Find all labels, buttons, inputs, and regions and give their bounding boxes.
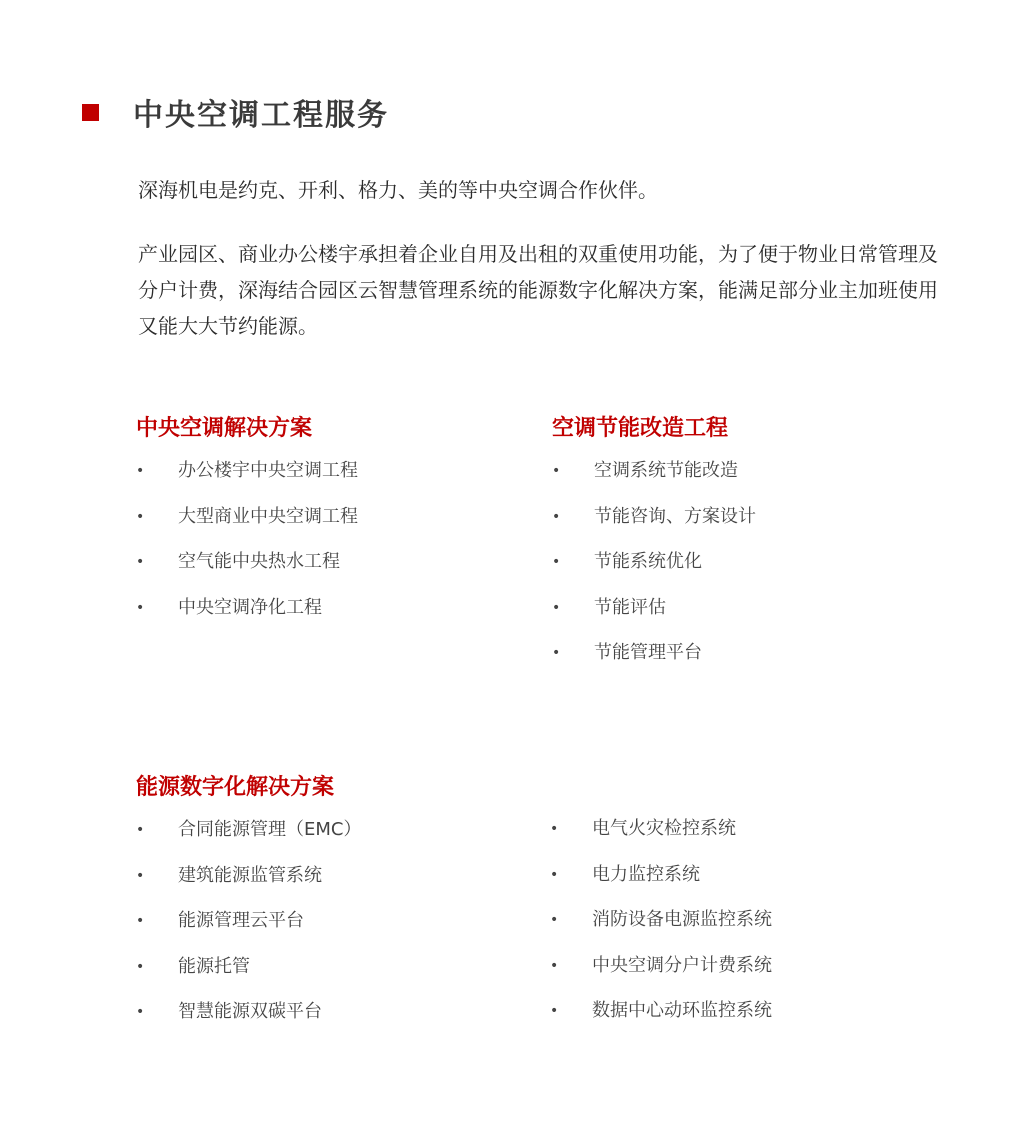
- red-square-marker-icon: [82, 104, 99, 121]
- section-energy-digital-col2: •电气火灾检控系统 •电力监控系统 •消防设备电源监控系统 •中央空调分户计费系…: [550, 815, 930, 1043]
- list-item-label: 办公楼宇中央空调工程: [178, 460, 358, 481]
- list-item-label: 数据中心动环监控系统: [592, 1000, 772, 1021]
- list-item-label: 能源托管: [178, 956, 250, 977]
- service-list: •办公楼宇中央空调工程 •大型商业中央空调工程 •空气能中央热水工程 •中央空调…: [136, 457, 516, 639]
- list-item: •中央空调净化工程: [136, 594, 516, 640]
- list-item-label: 中央空调分户计费系统: [592, 955, 772, 976]
- list-item: •节能管理平台: [552, 639, 932, 685]
- bullet-icon: •: [136, 998, 142, 1026]
- bullet-icon: •: [552, 548, 558, 576]
- intro-text: 深海机电是约克、开利、格力、美的等中央空调合作伙伴。 产业园区、商业办公楼宇承担…: [138, 172, 938, 372]
- list-item-label: 能源管理云平台: [178, 910, 304, 931]
- list-item-label: 节能系统优化: [594, 551, 702, 572]
- list-item-label: 空气能中央热水工程: [178, 551, 340, 572]
- section-energy-digital: 能源数字化解决方案 •合同能源管理（EMC） •建筑能源监管系统 •能源管理云平…: [136, 772, 516, 1044]
- bullet-icon: •: [136, 907, 142, 935]
- list-item: •电力监控系统: [550, 861, 930, 907]
- bullet-icon: •: [552, 594, 558, 622]
- page-header: 中央空调工程服务: [82, 90, 389, 134]
- list-item-label: 中央空调净化工程: [178, 597, 322, 618]
- bullet-icon: •: [550, 952, 556, 980]
- service-list: •电气火灾检控系统 •电力监控系统 •消防设备电源监控系统 •中央空调分户计费系…: [550, 815, 930, 1043]
- bullet-icon: •: [550, 906, 556, 934]
- bullet-icon: •: [136, 953, 142, 981]
- bullet-icon: •: [550, 997, 556, 1025]
- list-item: •建筑能源监管系统: [136, 862, 516, 908]
- list-item: •空气能中央热水工程: [136, 548, 516, 594]
- section-title: 中央空调解决方案: [136, 413, 516, 445]
- service-list: •合同能源管理（EMC） •建筑能源监管系统 •能源管理云平台 •能源托管 •智…: [136, 816, 516, 1044]
- section-title: 空调节能改造工程: [552, 413, 932, 445]
- bullet-icon: •: [136, 862, 142, 890]
- list-item: •节能系统优化: [552, 548, 932, 594]
- list-item-label: 大型商业中央空调工程: [178, 506, 358, 527]
- bullet-icon: •: [552, 503, 558, 531]
- page-title: 中央空调工程服务: [133, 90, 389, 134]
- list-item-label: 空调系统节能改造: [594, 460, 738, 481]
- bullet-icon: •: [552, 639, 558, 667]
- bullet-icon: •: [550, 861, 556, 889]
- bullet-icon: •: [136, 457, 142, 485]
- service-list: •空调系统节能改造 •节能咨询、方案设计 •节能系统优化 •节能评估 •节能管理…: [552, 457, 932, 685]
- list-item: •合同能源管理（EMC）: [136, 816, 516, 862]
- bullet-icon: •: [550, 815, 556, 843]
- list-item: •消防设备电源监控系统: [550, 906, 930, 952]
- list-item: •节能咨询、方案设计: [552, 503, 932, 549]
- intro-paragraph: 产业园区、商业办公楼宇承担着企业自用及出租的双重使用功能，为了便于物业日常管理及…: [138, 236, 938, 344]
- list-item-label: 电气火灾检控系统: [592, 818, 736, 839]
- intro-paragraph: 深海机电是约克、开利、格力、美的等中央空调合作伙伴。: [138, 172, 938, 208]
- list-item: •中央空调分户计费系统: [550, 952, 930, 998]
- bullet-icon: •: [136, 503, 142, 531]
- list-item-label: 节能评估: [594, 597, 666, 618]
- list-item: •数据中心动环监控系统: [550, 997, 930, 1043]
- list-item: •智慧能源双碳平台: [136, 998, 516, 1044]
- list-item-label: 节能管理平台: [594, 642, 702, 663]
- list-item-label: 智慧能源双碳平台: [178, 1001, 322, 1022]
- list-item-label: 合同能源管理（EMC）: [178, 819, 361, 840]
- bullet-icon: •: [136, 594, 142, 622]
- section-energy-saving: 空调节能改造工程 •空调系统节能改造 •节能咨询、方案设计 •节能系统优化 •节…: [552, 413, 932, 685]
- list-item: •办公楼宇中央空调工程: [136, 457, 516, 503]
- list-item-label: 节能咨询、方案设计: [594, 506, 756, 527]
- list-item: •电气火灾检控系统: [550, 815, 930, 861]
- bullet-icon: •: [552, 457, 558, 485]
- list-item-label: 消防设备电源监控系统: [592, 909, 772, 930]
- section-ac-solutions: 中央空调解决方案 •办公楼宇中央空调工程 •大型商业中央空调工程 •空气能中央热…: [136, 413, 516, 639]
- list-item: •节能评估: [552, 594, 932, 640]
- section-title: 能源数字化解决方案: [136, 772, 516, 804]
- list-item: •能源托管: [136, 953, 516, 999]
- list-item: •能源管理云平台: [136, 907, 516, 953]
- list-item: •大型商业中央空调工程: [136, 503, 516, 549]
- list-item-label: 电力监控系统: [592, 864, 700, 885]
- list-item-label: 建筑能源监管系统: [178, 865, 322, 886]
- bullet-icon: •: [136, 548, 142, 576]
- list-item: •空调系统节能改造: [552, 457, 932, 503]
- bullet-icon: •: [136, 816, 142, 844]
